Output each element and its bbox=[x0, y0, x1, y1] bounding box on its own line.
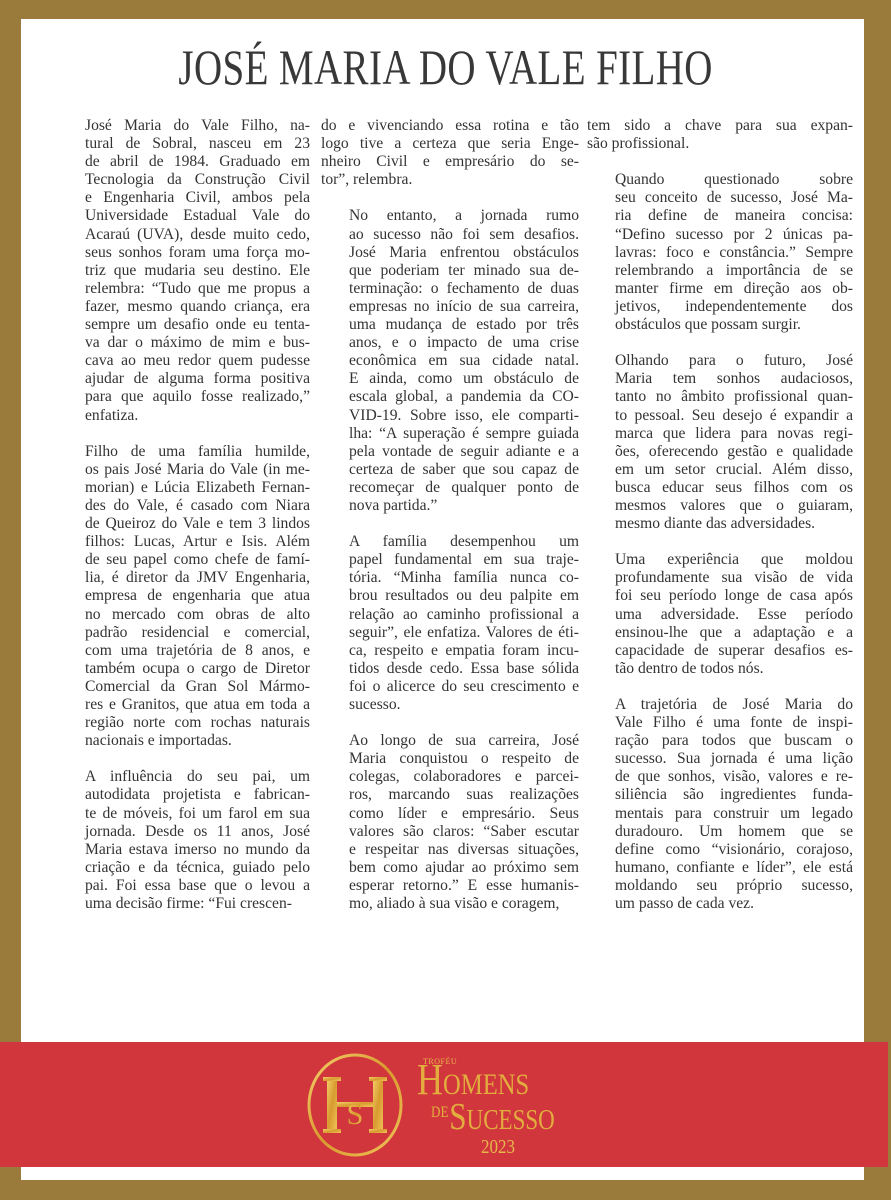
text-line: morian) e Lúcia Elizabeth Fernan- bbox=[57, 479, 310, 497]
text-line: no mercado com obras de alto bbox=[57, 606, 310, 624]
text-line: mo, aliado à sua visão e coragem, bbox=[321, 895, 579, 913]
text-line: Comercial da Gran Sol Mármo- bbox=[57, 678, 310, 696]
text-line: de abril de 1984. Graduado em bbox=[57, 153, 310, 171]
text-line: No entanto, a jornada rumo bbox=[321, 207, 579, 225]
text-line: do e vivenciando essa rotina e tão bbox=[321, 117, 579, 135]
text-line: profundamente sua visão de vida bbox=[587, 569, 853, 587]
text-line: e respeitar nas diversas situações, bbox=[321, 841, 579, 859]
text-line: capacidade de superar desafios es- bbox=[587, 642, 853, 660]
text-line: terminação: o fechamento de duas bbox=[321, 280, 579, 298]
text-line: mesmo diante das adversidades. bbox=[587, 515, 853, 533]
text-line: seus sonhos foram uma força mo- bbox=[57, 244, 310, 262]
text-line: bem como ajudar ao próximo sem bbox=[321, 859, 579, 877]
text-line: sucesso. Sua jornada é uma lição bbox=[587, 750, 853, 768]
text-line: brou resultados ou deu palpite em bbox=[321, 587, 579, 605]
text-line: tural de Sobral, nasceu em 23 bbox=[57, 135, 310, 153]
text-line: moldando seu próprio sucesso, bbox=[587, 877, 853, 895]
text-line: empresas no início de sua carreira, bbox=[321, 298, 579, 316]
article-column-3: tem sido a chave para sua expan-são prof… bbox=[587, 117, 853, 931]
article-paragraph: Olhando para o futuro, JoséMaria tem son… bbox=[587, 352, 853, 533]
text-line: ajudar de alguma forma positiva bbox=[57, 370, 310, 388]
text-line: anos, e o impacto de uma crise bbox=[321, 334, 579, 352]
text-line: obstáculos que possam surgir. bbox=[587, 316, 853, 334]
text-line: de seu papel como chefe de famí- bbox=[57, 551, 310, 569]
text-line: des do Vale, é casado com Niara bbox=[57, 497, 310, 515]
text-line: empresa de engenharia que atua bbox=[57, 587, 310, 605]
text-line: Maria estava imerso no mundo da bbox=[57, 841, 310, 859]
article-paragraph: A influência do seu pai, umautodidata pr… bbox=[57, 768, 310, 913]
text-line: pela vontade de seguir adiante e a bbox=[321, 443, 579, 461]
text-line: siliência são ingredientes funda- bbox=[587, 786, 853, 804]
text-line: que poderiam ter minado sua de- bbox=[321, 262, 579, 280]
article-paragraph: do e vivenciando essa rotina e tãologo t… bbox=[321, 117, 579, 189]
text-line: mentais para construir um legado bbox=[587, 805, 853, 823]
text-line: va dar o máximo de mim e bus- bbox=[57, 334, 310, 352]
text-line: de Queiroz do Vale e tem 3 lindos bbox=[57, 515, 310, 533]
text-line: define como “visionário, corajoso, bbox=[587, 841, 853, 859]
text-line: tor”, relembra. bbox=[321, 171, 579, 189]
text-line: res e Granitos, que atua em toda a bbox=[57, 696, 310, 714]
text-line: VID-19. Sobre isso, ele comparti- bbox=[321, 407, 579, 425]
svg-text:S: S bbox=[347, 1098, 364, 1131]
text-line: A trajetória de José Maria do bbox=[587, 696, 853, 714]
text-line: seu conceito de sucesso, José Ma- bbox=[587, 189, 853, 207]
text-line: uma adversidade. Esse período bbox=[587, 606, 853, 624]
text-line: tidos desde cedo. Essa base sólida bbox=[321, 660, 579, 678]
text-line: sucesso. bbox=[321, 696, 579, 714]
text-line: seguir”, ele enfatiza. Valores de éti- bbox=[321, 624, 579, 642]
article-column-1: José Maria do Vale Filho, na-tural de So… bbox=[57, 117, 310, 931]
text-line: Olhando para o futuro, José bbox=[587, 352, 853, 370]
article-paragraph: tem sido a chave para sua expan-são prof… bbox=[587, 117, 853, 153]
text-line: pai. Foi essa base que o levou a bbox=[57, 877, 310, 895]
text-line: “Defino sucesso por 2 únicas pa- bbox=[587, 226, 853, 244]
text-line: busca educar seus filhos com os bbox=[587, 479, 853, 497]
text-line: lha: “A superação é sempre guiada bbox=[321, 425, 579, 443]
text-line: ao sucesso não foi sem desafios. bbox=[321, 226, 579, 244]
text-line: cava ao meu redor quem pudesse bbox=[57, 352, 310, 370]
logo-de-sucesso: DESUCESSO bbox=[431, 1094, 555, 1140]
text-line: nheiro Civil e empresário do se- bbox=[321, 153, 579, 171]
text-line: ração para todos que buscam o bbox=[587, 732, 853, 750]
text-line: também ocupa o cargo de Diretor bbox=[57, 660, 310, 678]
text-line: filhos: Lucas, Artur e Isis. Além bbox=[57, 533, 310, 551]
text-line: logo tive a certeza que seria Enge- bbox=[321, 135, 579, 153]
logo-ucesso: UCESSO bbox=[467, 1105, 555, 1136]
article-paragraph: José Maria do Vale Filho, na-tural de So… bbox=[57, 117, 310, 425]
text-line: esperar retorno.” E esse humanis- bbox=[321, 877, 579, 895]
text-line: tanto no âmbito profissional quan- bbox=[587, 388, 853, 406]
text-line: tem sido a chave para sua expan- bbox=[587, 117, 853, 135]
article-paragraph: Ao longo de sua carreira, JoséMaria conq… bbox=[321, 732, 579, 913]
text-line: triz que mudaria seu destino. Ele bbox=[57, 262, 310, 280]
logo-year: 2023 bbox=[481, 1136, 515, 1159]
text-line: recomeçar de qualquer ponto de bbox=[321, 479, 579, 497]
article-paragraph: Filho de uma família humilde,os pais Jos… bbox=[57, 443, 310, 751]
text-line: enfatiza. bbox=[57, 407, 310, 425]
text-line: mesmos valores que o guiaram, bbox=[587, 497, 853, 515]
article-paragraph: A trajetória de José Maria doVale Filho … bbox=[587, 696, 853, 913]
text-line: te de móveis, foi um farol em sua bbox=[57, 805, 310, 823]
text-line: ões, oferecendo gestão e qualidade bbox=[587, 443, 853, 461]
text-line: padrão residencial e comercial, bbox=[57, 624, 310, 642]
text-line: sempre um desafio onde eu tenta- bbox=[57, 316, 310, 334]
text-line: E ainda, como um obstáculo de bbox=[321, 370, 579, 388]
text-line: Acaraú (UVA), desde muito cedo, bbox=[57, 226, 310, 244]
article-column-2: do e vivenciando essa rotina e tãologo t… bbox=[321, 117, 579, 931]
text-line: Uma experiência que moldou bbox=[587, 551, 853, 569]
text-line: ensinou-lhe que a adaptação e a bbox=[587, 624, 853, 642]
text-line: José Maria do Vale Filho, na- bbox=[57, 117, 310, 135]
text-line: Filho de uma família humilde, bbox=[57, 443, 310, 461]
text-line: escala global, a pandemia da CO- bbox=[321, 388, 579, 406]
text-line: para que aquilo fosse realizado,” bbox=[57, 388, 310, 406]
text-line: um passo de cada vez. bbox=[587, 895, 853, 913]
text-line: lia, é diretor da JMV Engenharia, bbox=[57, 569, 310, 587]
text-line: uma decisão firme: “Fui crescen- bbox=[57, 895, 310, 913]
text-line: Maria tem sonhos audaciosos, bbox=[587, 370, 853, 388]
text-line: A influência do seu pai, um bbox=[57, 768, 310, 786]
article-title: JOSÉ MARIA DO VALE FILHO bbox=[178, 40, 712, 94]
text-line: José Maria enfrentou obstáculos bbox=[321, 244, 579, 262]
text-line: de que sonhos, visão, valores e re- bbox=[587, 768, 853, 786]
text-line: papel fundamental em sua traje- bbox=[321, 551, 579, 569]
text-line: to pessoal. Seu desejo é expandir a bbox=[587, 407, 853, 425]
text-line: uma mudança de estado por três bbox=[321, 316, 579, 334]
text-line: ros, marcando suas realizações bbox=[321, 786, 579, 804]
text-line: nacionais e importadas. bbox=[57, 732, 310, 750]
text-line: relembrando a importância de se bbox=[587, 262, 853, 280]
text-line: manter firme em direção aos ob- bbox=[587, 280, 853, 298]
text-line: relação ao caminho profissional a bbox=[321, 606, 579, 624]
text-line: nova partida.” bbox=[321, 497, 579, 515]
title-container: JOSÉ MARIA DO VALE FILHO bbox=[0, 40, 891, 94]
text-line: região norte com rochas naturais bbox=[57, 714, 310, 732]
homens-de-sucesso-logo: S TROFÉU HOMENS DESUCESSO 2023 bbox=[305, 1052, 595, 1162]
text-line: tória. “Minha família nunca co- bbox=[321, 569, 579, 587]
text-line: Vale Filho é uma fonte de inspi- bbox=[587, 714, 853, 732]
text-line: lavras: foco e constância.” Sempre bbox=[587, 244, 853, 262]
text-line: certeza de saber que sou capaz de bbox=[321, 461, 579, 479]
text-line: Ao longo de sua carreira, José bbox=[321, 732, 579, 750]
text-line: colegas, colaboradores e parcei- bbox=[321, 768, 579, 786]
text-line: jetivos, independentemente dos bbox=[587, 298, 853, 316]
text-line: valores são claros: “Saber escutar bbox=[321, 823, 579, 841]
text-line: são profissional. bbox=[587, 135, 853, 153]
text-line: foi o alicerce do seu crescimento e bbox=[321, 678, 579, 696]
text-line: Maria conquistou o respeito de bbox=[321, 750, 579, 768]
text-line: ca, respeito e empatia foram incu- bbox=[321, 642, 579, 660]
text-line: criação e da técnica, guiado pelo bbox=[57, 859, 310, 877]
text-line: A família desempenhou um bbox=[321, 533, 579, 551]
text-line: econômica em sua cidade natal. bbox=[321, 352, 579, 370]
text-line: fazer, mesmo quando criança, era bbox=[57, 298, 310, 316]
text-line: marca que lidera para novas regi- bbox=[587, 425, 853, 443]
article-paragraph: A família desempenhou umpapel fundamenta… bbox=[321, 533, 579, 714]
text-line: Quando questionado sobre bbox=[587, 171, 853, 189]
text-line: com uma trajetória de 8 anos, e bbox=[57, 642, 310, 660]
text-line: os pais José Maria do Vale (in me- bbox=[57, 461, 310, 479]
article-paragraph: Quando questionado sobreseu conceito de … bbox=[587, 171, 853, 334]
text-line: como líder e empresário. Seus bbox=[321, 805, 579, 823]
text-line: Tecnologia da Construção Civil bbox=[57, 171, 310, 189]
text-line: jornada. Desde os 11 anos, José bbox=[57, 823, 310, 841]
article-paragraph: Uma experiência que moldouprofundamente … bbox=[587, 551, 853, 678]
text-line: tão dentro de todos nós. bbox=[587, 660, 853, 678]
logo-de: DE bbox=[431, 1104, 448, 1121]
text-line: humano, confiante e líder”, ele está bbox=[587, 859, 853, 877]
text-line: autodidata projetista e fabrican- bbox=[57, 786, 310, 804]
hs-monogram-icon: S bbox=[305, 1052, 405, 1158]
text-line: relembra: “Tudo que me propus a bbox=[57, 280, 310, 298]
text-line: Universidade Estadual Vale do bbox=[57, 207, 310, 225]
logo-initial-s: S bbox=[449, 1096, 466, 1138]
text-line: e Engenharia Civil, ambos pela bbox=[57, 189, 310, 207]
text-line: foi seu período longe de casa após bbox=[587, 587, 853, 605]
text-line: em um setor crucial. Além disso, bbox=[587, 461, 853, 479]
text-line: ria define de maneira concisa: bbox=[587, 207, 853, 225]
text-line: duradouro. Um homem que se bbox=[587, 823, 853, 841]
article-paragraph: No entanto, a jornada rumoao sucesso não… bbox=[321, 207, 579, 515]
